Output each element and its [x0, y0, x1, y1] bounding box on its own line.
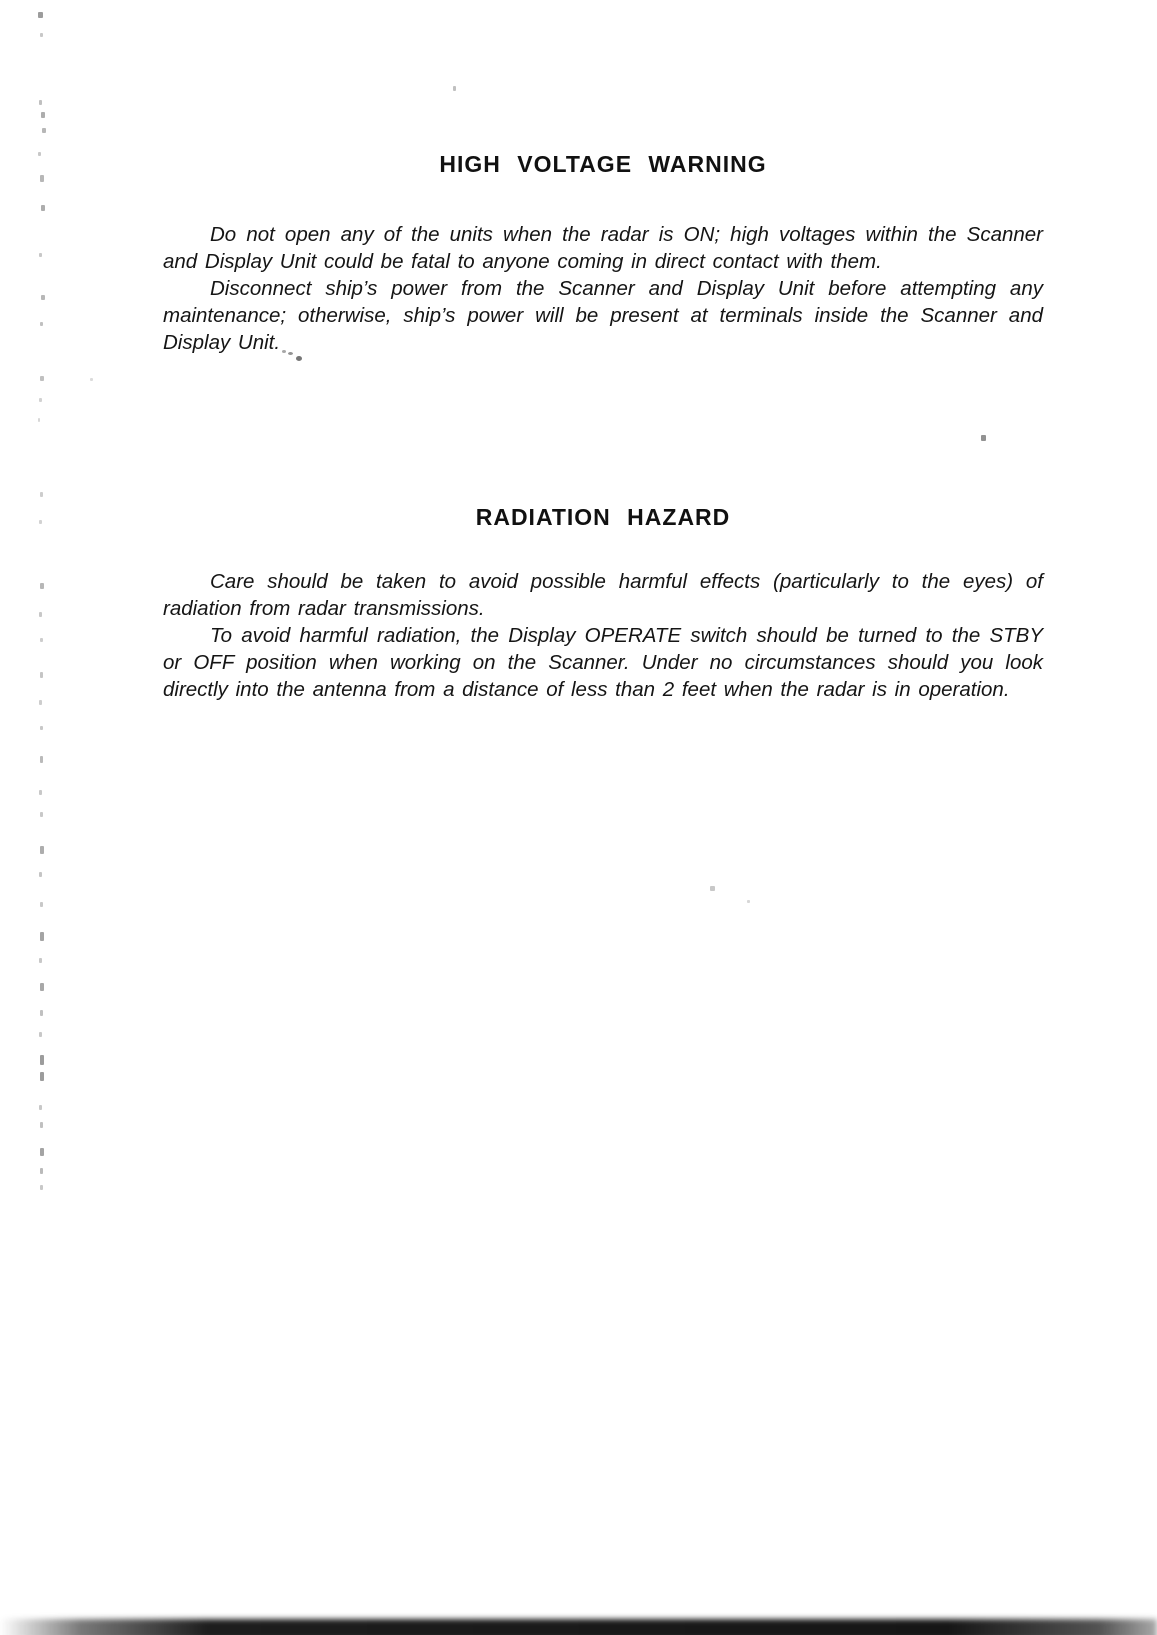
margin-speck [40, 1072, 44, 1081]
margin-speck [41, 112, 45, 118]
margin-speck [40, 583, 44, 589]
margin-speck [39, 700, 42, 705]
margin-speck [40, 175, 44, 182]
margin-speck [40, 492, 43, 497]
margin-speck [38, 152, 41, 156]
heading-radiation-hazard: RADIATION HAZARD [163, 503, 1043, 531]
margin-speck [40, 1168, 43, 1174]
margin-speck [40, 33, 43, 37]
margin-speck [40, 932, 44, 941]
margin-speck [39, 1032, 42, 1037]
margin-speck [40, 812, 43, 817]
margin-speck [40, 846, 44, 854]
margin-speck [39, 1105, 42, 1110]
margin-speck [40, 1185, 43, 1190]
ink-smudge [280, 348, 306, 362]
page-speck [981, 435, 986, 441]
margin-speck [41, 295, 45, 300]
margin-speck [38, 418, 40, 422]
margin-speck [90, 378, 93, 381]
margin-speck [40, 756, 43, 763]
margin-speck [39, 253, 42, 257]
margin-speck [40, 638, 43, 642]
radiation-hazard-text: Care should be taken to avoid possible h… [163, 568, 1043, 703]
paragraph: To avoid harmful radiation, the Display … [163, 622, 1043, 703]
document-page: HIGH VOLTAGE WARNING Do not open any of … [0, 0, 1157, 1635]
margin-speck [41, 205, 45, 211]
heading-high-voltage-warning: HIGH VOLTAGE WARNING [163, 150, 1043, 178]
margin-speck [40, 726, 43, 730]
paragraph: Care should be taken to avoid possible h… [163, 568, 1043, 622]
paragraph: Do not open any of the units when the ra… [163, 221, 1043, 275]
margin-speck [39, 100, 42, 105]
page-speck [453, 86, 456, 91]
scan-edge-shadow [0, 1619, 1157, 1635]
margin-speck [39, 958, 42, 963]
margin-speck [40, 902, 43, 907]
margin-speck [40, 322, 43, 326]
margin-speck [40, 672, 43, 678]
margin-speck [39, 612, 42, 617]
margin-speck [39, 398, 42, 402]
margin-speck [40, 983, 44, 991]
margin-speck [40, 1148, 44, 1156]
page-speck [747, 900, 750, 903]
margin-speck [38, 12, 43, 18]
margin-speck [40, 376, 44, 381]
margin-speck [39, 790, 42, 795]
margin-speck [40, 1055, 44, 1065]
paragraph: Disconnect ship’s power from the Scanner… [163, 275, 1043, 356]
margin-speck [39, 872, 42, 877]
margin-speck [39, 520, 42, 524]
margin-speck [40, 1122, 43, 1128]
page-speck [710, 886, 715, 891]
margin-speck [42, 128, 46, 133]
margin-speck [40, 1010, 43, 1016]
high-voltage-warning-text: Do not open any of the units when the ra… [163, 221, 1043, 356]
